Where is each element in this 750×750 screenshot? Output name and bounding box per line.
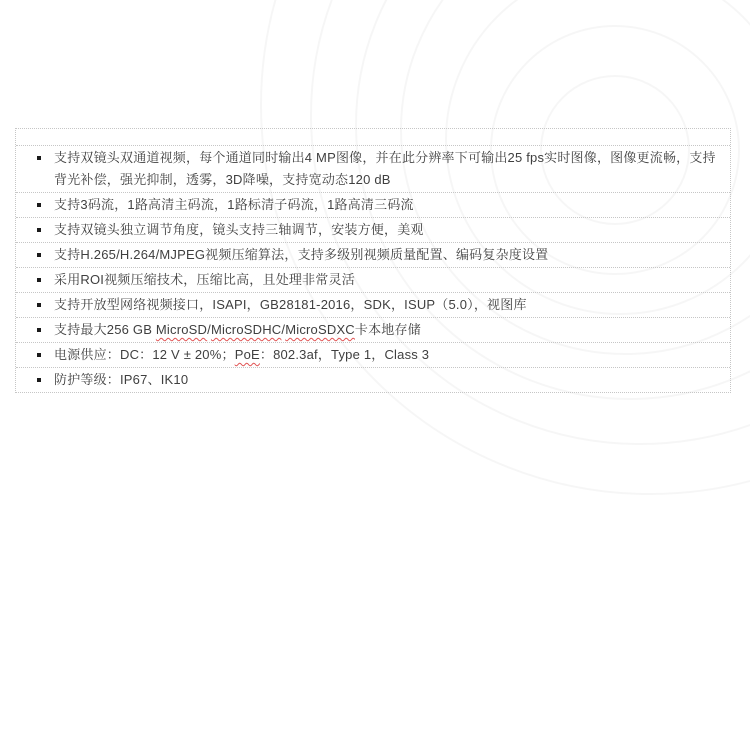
spellcheck-flagged-text: PoE [235,347,260,362]
text-segment: 采用ROI视频压缩技术，压缩比高，且处理非常灵活 [54,272,355,287]
bullet-square-icon [37,253,41,257]
text-segment: 支持3码流，1路高清主码流，1路标清子码流，1路高清三码流 [54,197,414,212]
spec-table: 支持双镜头双通道视频，每个通道同时输出4 MP图像，并在此分辨率下可输出25 f… [15,128,731,393]
bullet-square-icon [37,353,41,357]
spec-text: 支持H.265/H.264/MJPEG视频压缩算法，支持多级别视频质量配置、编码… [54,244,722,266]
bullet-square-icon [37,228,41,232]
spec-row: 支持最大256 GB MicroSD/MicroSDHC/MicroSDXC卡本… [16,318,730,343]
spellcheck-flagged-text: MicroSDHC [211,322,281,337]
text-segment: 支持最大256 GB [54,322,156,337]
spec-row: 支持H.265/H.264/MJPEG视频压缩算法，支持多级别视频质量配置、编码… [16,243,730,268]
spec-text: 支持双镜头双通道视频，每个通道同时输出4 MP图像，并在此分辨率下可输出25 f… [54,147,722,191]
text-segment: 支持双镜头独立调节角度，镜头支持三轴调节，安装方便，美观 [54,222,424,237]
bullet-square-icon [37,156,41,160]
spec-text: 支持双镜头独立调节角度，镜头支持三轴调节，安装方便，美观 [54,219,722,241]
text-segment: 电源供应：DC：12 V ± 20%； [54,347,235,362]
bullet-square-icon [37,278,41,282]
spellcheck-flagged-text: MicroSDXC [285,322,355,337]
text-segment: 支持H.265/H.264/MJPEG视频压缩算法，支持多级别视频质量配置、编码… [54,247,548,262]
spec-row: 支持双镜头双通道视频，每个通道同时输出4 MP图像，并在此分辨率下可输出25 f… [16,146,730,193]
bullet-square-icon [37,378,41,382]
page: { "page": { "background": "#ffffff" }, "… [0,0,750,750]
text-segment: ：802.3af，Type 1，Class 3 [260,347,429,362]
text-segment: 支持开放型网络视频接口，ISAPI，GB28181-2016，SDK，ISUP（… [54,297,527,312]
spec-row: 采用ROI视频压缩技术，压缩比高，且处理非常灵活 [16,268,730,293]
text-segment: 卡本地存储 [355,322,421,337]
spec-row: 电源供应：DC：12 V ± 20%；PoE：802.3af，Type 1，Cl… [16,343,730,368]
spec-text: 防护等级：IP67、IK10 [54,369,722,391]
text-segment: 支持双镜头双通道视频，每个通道同时输出4 MP图像，并在此分辨率下可输出25 f… [54,150,716,187]
bullet-square-icon [37,328,41,332]
spec-row: 防护等级：IP67、IK10 [16,368,730,392]
spec-row: 支持双镜头独立调节角度，镜头支持三轴调节，安装方便，美观 [16,218,730,243]
text-segment: 防护等级：IP67、IK10 [54,372,188,387]
spellcheck-flagged-text: MicroSD [156,322,207,337]
spec-text: 支持最大256 GB MicroSD/MicroSDHC/MicroSDXC卡本… [54,319,722,341]
spec-row-empty [16,129,730,146]
spec-text: 支持开放型网络视频接口，ISAPI，GB28181-2016，SDK，ISUP（… [54,294,722,316]
spec-row: 支持开放型网络视频接口，ISAPI，GB28181-2016，SDK，ISUP（… [16,293,730,318]
bullet-square-icon [37,303,41,307]
spec-row: 支持3码流，1路高清主码流，1路标清子码流，1路高清三码流 [16,193,730,218]
spec-text: 电源供应：DC：12 V ± 20%；PoE：802.3af，Type 1，Cl… [54,344,722,366]
bullet-square-icon [37,203,41,207]
spec-text: 支持3码流，1路高清主码流，1路标清子码流，1路高清三码流 [54,194,722,216]
spec-text: 采用ROI视频压缩技术，压缩比高，且处理非常灵活 [54,269,722,291]
